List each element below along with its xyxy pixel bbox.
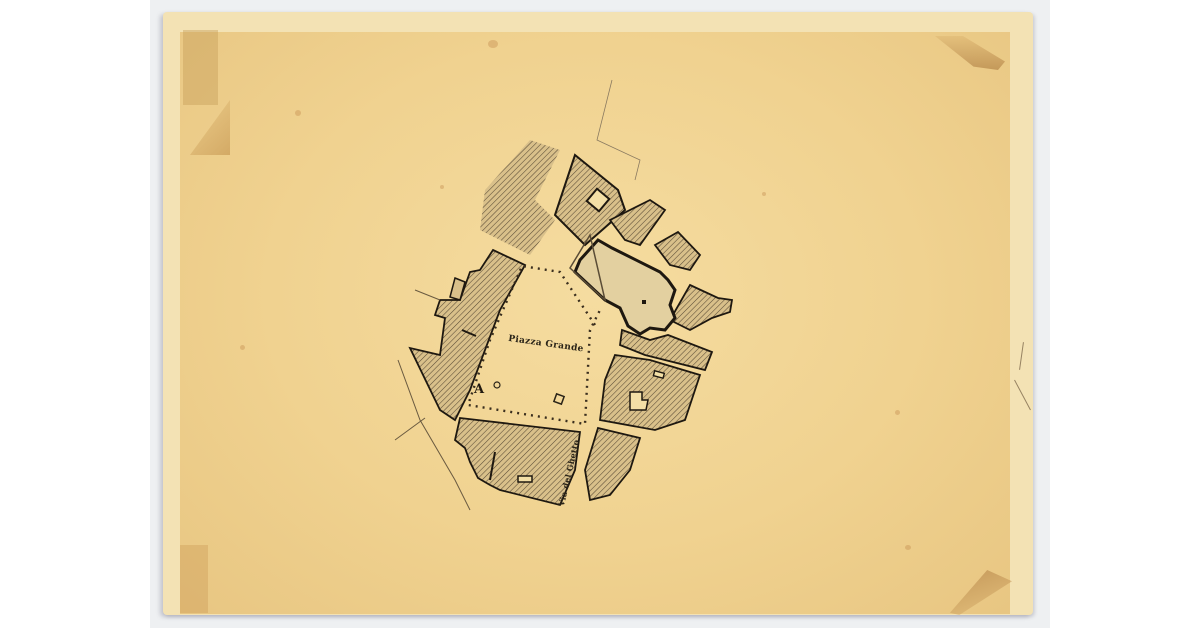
- small-building: [518, 476, 532, 482]
- altar-mark: [642, 300, 646, 304]
- fountain-symbol: [554, 394, 564, 404]
- street-edge: [415, 290, 440, 300]
- well-symbol: [494, 382, 500, 388]
- city-block: [480, 140, 560, 255]
- marker-label: A: [474, 382, 484, 397]
- city-block: [655, 232, 700, 270]
- city-block: [670, 285, 732, 330]
- street-edge: [395, 418, 425, 440]
- city-block: [585, 428, 640, 500]
- pencil-construction: [597, 80, 640, 180]
- map-drawing: [0, 0, 1200, 628]
- city-block: [600, 355, 700, 430]
